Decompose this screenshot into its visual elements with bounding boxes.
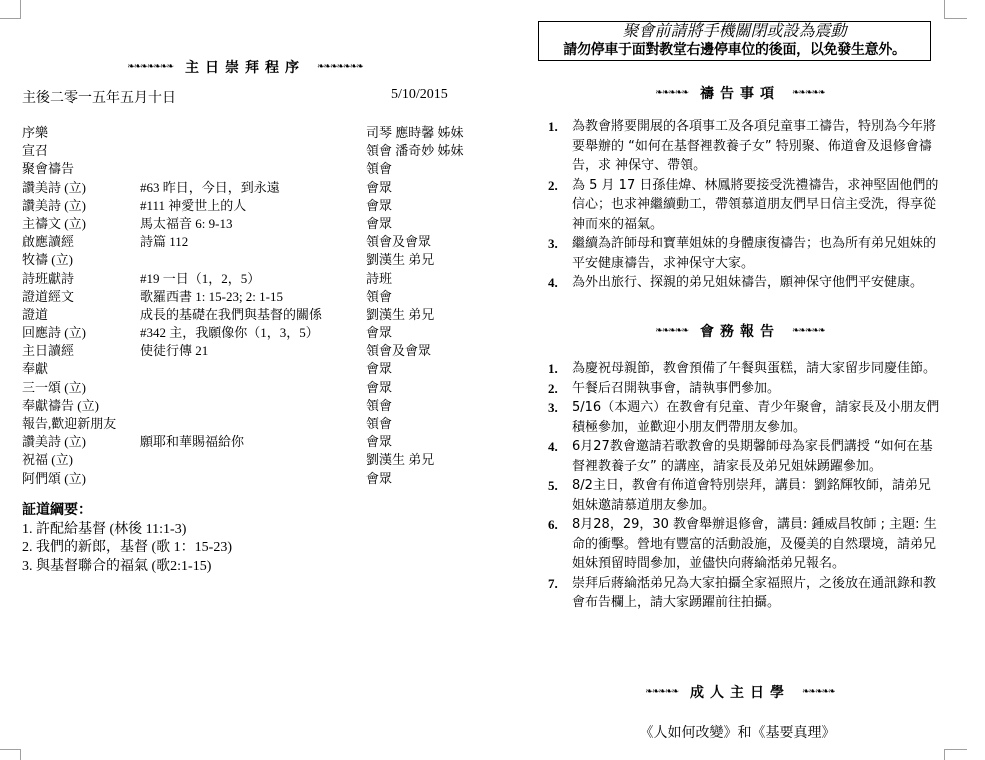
sermon-outline-point: 1. 許配給基督 (林後 11:1-3) bbox=[22, 521, 232, 540]
item-number: 1. bbox=[548, 359, 558, 379]
sunday-school-title: 成人主日學 bbox=[690, 682, 790, 702]
prayer-title: 禱告事項 bbox=[700, 83, 780, 103]
program-item: 詩班獻詩 bbox=[22, 270, 74, 288]
item-text: 崇拜后蔣綸湉弟兄為大家拍攝全家福照片，之後放在通訊錄和教會布告欄上，請大家踴躍前… bbox=[572, 576, 936, 611]
program-person: 會眾 bbox=[366, 324, 392, 342]
program-detail: 詩篇 112 bbox=[140, 233, 188, 251]
item-number: 4. bbox=[548, 273, 558, 293]
announcement-item: 3.5/16（本週六）在教會有兒童、青少年聚會，請家長及小朋友們積極參加，並歡迎… bbox=[548, 398, 943, 437]
item-text: 為教會將要開展的各項事工及各項兒童事工禱告，特別為今年將要舉辦的 “如何在基督裡… bbox=[572, 119, 936, 173]
phone-notice: 聚會前請將手機關閉或設為震動 bbox=[539, 22, 930, 41]
item-text: 繼續為許師母和寶華姐妹的身體康復禱告；也為所有弟兄姐妹的平安健康禱告，求神保守大… bbox=[572, 236, 936, 271]
program-row: 祝福 (立)劉漢生 弟兄 bbox=[22, 451, 482, 469]
program-table: 序樂司琴 應時馨 姊妹 宣召領會 潘奇妙 姊妹 聚會禱告領會 讚美詩 (立)#6… bbox=[22, 124, 482, 488]
announcement-item: 2.午餐后召開執事會，請執事們參加。 bbox=[548, 379, 943, 399]
item-number: 2. bbox=[548, 176, 558, 196]
program-item: 牧禱 (立) bbox=[22, 251, 73, 269]
item-number: 1. bbox=[548, 117, 558, 137]
program-item: 宣召 bbox=[22, 142, 48, 160]
ornament-left-icon: ❧❧❧❧❧❧❧ bbox=[127, 62, 173, 72]
program-person: 劉漢生 弟兄 bbox=[366, 451, 434, 469]
program-person: 司琴 應時馨 姊妹 bbox=[366, 124, 464, 142]
announcement-item: 6.8月28，29，30 教會舉辦退修會，講員: 鍾威昌牧師 ; 主題: 生命的… bbox=[548, 515, 943, 574]
parking-notice: 請勿停車于面對教堂右邊停車位的後面，以免發生意外。 bbox=[539, 41, 930, 59]
program-item: 回應詩 (立) bbox=[22, 324, 86, 342]
program-item: 讚美詩 (立) bbox=[22, 433, 86, 451]
program-person: 領會 bbox=[366, 160, 392, 178]
program-person: 劉漢生 弟兄 bbox=[366, 306, 434, 324]
program-person: 會眾 bbox=[366, 433, 392, 451]
program-person: 領會及會眾 bbox=[366, 233, 431, 251]
program-item: 讚美詩 (立) bbox=[22, 179, 86, 197]
item-number: 3. bbox=[548, 398, 558, 418]
program-item: 主日讀經 bbox=[22, 342, 74, 360]
program-item: 聚會禱告 bbox=[22, 160, 74, 178]
phone-parking-notice-box: 聚會前請將手機關閉或設為震動 請勿停車于面對教堂右邊停車位的後面，以免發生意外。 bbox=[538, 21, 931, 61]
item-text: 為 5 月 17 日孫佳煒、林鳳將要接受洗禮禱告，求神堅固他們的信心；也求神繼續… bbox=[572, 178, 938, 232]
item-text: 午餐后召開執事會，請執事們參加。 bbox=[572, 381, 780, 396]
program-person: 領會 bbox=[366, 415, 392, 433]
item-text: 6月27教會邀請若歌教會的吳期馨師母為家長們講授 “如何在基督裡教養子女” 的講… bbox=[572, 439, 933, 474]
program-item: 奉獻 bbox=[22, 360, 48, 378]
program-detail: 使徒行傳 21 bbox=[140, 342, 208, 360]
program-person: 領會及會眾 bbox=[366, 342, 431, 360]
prayer-item: 3.繼續為許師母和寶華姐妹的身體康復禱告；也為所有弟兄姐妹的平安健康禱告，求神保… bbox=[548, 234, 943, 273]
item-text: 8月28，29，30 教會舉辦退修會，講員: 鍾威昌牧師 ; 主題: 生命的衝擊… bbox=[572, 517, 937, 571]
program-row: 證道成長的基礎在我們與基督的關係劉漢生 弟兄 bbox=[22, 306, 482, 324]
program-person: 會眾 bbox=[366, 470, 392, 488]
program-person: 劉漢生 弟兄 bbox=[366, 251, 434, 269]
crop-mark-bottom-right bbox=[944, 749, 967, 760]
program-row: 啟應讀經詩篇 112領會及會眾 bbox=[22, 233, 482, 251]
program-item: 證道 bbox=[22, 306, 48, 324]
announcement-item: 7.崇拜后蔣綸湉弟兄為大家拍攝全家福照片，之後放在通訊錄和教會布告欄上，請大家踴… bbox=[548, 574, 943, 613]
item-text: 為外出旅行、探親的弟兄姐妹禱告，願神保守他們平安健康。 bbox=[572, 275, 923, 290]
program-item: 主禱文 (立) bbox=[22, 215, 86, 233]
program-detail: 成長的基礎在我們與基督的關係 bbox=[140, 306, 322, 324]
program-item: 證道經文 bbox=[22, 288, 74, 306]
sunday-school-books: 《人如何改變》和《基要真理》 bbox=[490, 722, 985, 742]
announcements-list: 1.為慶祝母親節，教會預備了午餐與蛋糕，請大家留步同慶佳節。 2.午餐后召開執事… bbox=[548, 359, 943, 613]
program-person: 會眾 bbox=[366, 379, 392, 397]
program-person: 會眾 bbox=[366, 179, 392, 197]
program-row: 主禱文 (立)馬太福音 6: 9-13會眾 bbox=[22, 215, 482, 233]
announcement-item: 4.6月27教會邀請若歌教會的吳期馨師母為家長們講授 “如何在基督裡教養子女” … bbox=[548, 437, 943, 476]
program-item: 三一頌 (立) bbox=[22, 379, 86, 397]
program-row: 證道經文歌羅西書 1: 15-23; 2: 1-15領會 bbox=[22, 288, 482, 306]
program-detail: #342 主，我願像你（1，3，5） bbox=[140, 324, 319, 342]
program-detail: #63 昨日，今日，到永遠 bbox=[140, 179, 280, 197]
program-row: 序樂司琴 應時馨 姊妹 bbox=[22, 124, 482, 142]
item-number: 5. bbox=[548, 476, 558, 496]
ornament-right-icon: ❧❧❧❧❧❧❧ bbox=[317, 62, 363, 72]
item-text: 5/16（本週六）在教會有兒童、青少年聚會，請家長及小朋友們積極參加，並歡迎小朋… bbox=[572, 400, 939, 435]
prayer-list: 1.為教會將要開展的各項事工及各項兒童事工禱告，特別為今年將要舉辦的 “如何在基… bbox=[548, 117, 943, 293]
item-number: 4. bbox=[548, 437, 558, 457]
program-detail: #19 一日（1，2，5） bbox=[140, 270, 260, 288]
program-person: 領會 bbox=[366, 288, 392, 306]
program-row: 讚美詩 (立)#63 昨日，今日，到永遠會眾 bbox=[22, 179, 482, 197]
ornament-right-icon: ❧❧❧❧❧ bbox=[802, 687, 835, 697]
prayer-item: 2.為 5 月 17 日孫佳煒、林鳳將要接受洗禮禱告，求神堅固他們的信心；也求神… bbox=[548, 176, 943, 235]
worship-title: 主日崇拜程序 bbox=[185, 57, 305, 77]
program-row: 聚會禱告領會 bbox=[22, 160, 482, 178]
program-row: 牧禱 (立)劉漢生 弟兄 bbox=[22, 251, 482, 269]
program-row: 奉獻禱告 (立)領會 bbox=[22, 397, 482, 415]
prayer-item: 4.為外出旅行、探親的弟兄姐妹禱告，願神保守他們平安健康。 bbox=[548, 273, 943, 293]
announcements-title: 會務報告 bbox=[700, 321, 780, 341]
sunday-school-heading: ❧❧❧❧❧ 成人主日學 ❧❧❧❧❧ bbox=[530, 683, 950, 701]
program-row: 主日讀經使徒行傳 21領會及會眾 bbox=[22, 342, 482, 360]
worship-program-page: ❧❧❧❧❧❧❧ 主日崇拜程序 ❧❧❧❧❧❧❧ 主後二零一五年五月十日 5/10/… bbox=[0, 0, 490, 760]
program-person: 會眾 bbox=[366, 215, 392, 233]
ornament-left-icon: ❧❧❧❧❧ bbox=[655, 88, 688, 98]
worship-title-heading: ❧❧❧❧❧❧❧ 主日崇拜程序 ❧❧❧❧❧❧❧ bbox=[0, 58, 490, 76]
program-person: 領會 潘奇妙 姊妹 bbox=[366, 142, 464, 160]
item-text: 8/2主日，教會有佈道會特別崇拜，講員：劉銘輝牧師，請弟兄姐妹邀請慕道朋友參加。 bbox=[572, 478, 931, 513]
announcements-heading: ❧❧❧❧❧ 會務報告 ❧❧❧❧❧ bbox=[530, 322, 950, 340]
crop-mark-top-right bbox=[944, 0, 967, 19]
program-row: 宣召領會 潘奇妙 姊妹 bbox=[22, 142, 482, 160]
program-item: 祝福 (立) bbox=[22, 451, 73, 469]
program-row: 奉獻會眾 bbox=[22, 360, 482, 378]
program-item: 啟應讀經 bbox=[22, 233, 74, 251]
program-item: 序樂 bbox=[22, 124, 48, 142]
program-row: 回應詩 (立)#342 主，我願像你（1，3，5）會眾 bbox=[22, 324, 482, 342]
date-numeric: 5/10/2015 bbox=[391, 87, 448, 103]
date-row: 主後二零一五年五月十日 5/10/2015 bbox=[22, 87, 452, 107]
program-person: 會眾 bbox=[366, 360, 392, 378]
program-detail: 歌羅西書 1: 15-23; 2: 1-15 bbox=[140, 288, 283, 306]
ornament-right-icon: ❧❧❧❧❧ bbox=[792, 88, 825, 98]
ornament-left-icon: ❧❧❧❧❧ bbox=[655, 326, 688, 336]
program-item: 奉獻禱告 (立) bbox=[22, 397, 99, 415]
prayer-item: 1.為教會將要開展的各項事工及各項兒童事工禱告，特別為今年將要舉辦的 “如何在基… bbox=[548, 117, 943, 176]
sermon-outline: 証道綱要： 1. 許配給基督 (林後 11:1-3) 2. 我們的新郎，基督 (… bbox=[22, 502, 232, 576]
date-chinese: 主後二零一五年五月十日 bbox=[22, 91, 176, 106]
prayer-heading: ❧❧❧❧❧ 禱告事項 ❧❧❧❧❧ bbox=[530, 84, 950, 102]
program-row: 三一頌 (立)會眾 bbox=[22, 379, 482, 397]
item-text: 為慶祝母親節，教會預備了午餐與蛋糕，請大家留步同慶佳節。 bbox=[572, 361, 936, 376]
program-person: 會眾 bbox=[366, 197, 392, 215]
program-item: 阿們頌 (立) bbox=[22, 470, 86, 488]
program-item: 讚美詩 (立) bbox=[22, 197, 86, 215]
announcement-item: 5.8/2主日，教會有佈道會特別崇拜，講員：劉銘輝牧師，請弟兄姐妹邀請慕道朋友參… bbox=[548, 476, 943, 515]
sermon-outline-heading: 証道綱要： bbox=[22, 502, 232, 521]
sermon-outline-point: 2. 我們的新郎，基督 (歌 1：15-23) bbox=[22, 539, 232, 558]
program-row: 阿們頌 (立)會眾 bbox=[22, 470, 482, 488]
item-number: 7. bbox=[548, 574, 558, 594]
program-detail: 願耶和華賜福給你 bbox=[140, 433, 244, 451]
program-row: 讚美詩 (立)#111 神愛世上的人會眾 bbox=[22, 197, 482, 215]
program-person: 領會 bbox=[366, 397, 392, 415]
program-item: 報告,歡迎新朋友 bbox=[22, 415, 116, 433]
program-person: 詩班 bbox=[366, 270, 392, 288]
item-number: 3. bbox=[548, 234, 558, 254]
program-row: 讚美詩 (立)願耶和華賜福給你會眾 bbox=[22, 433, 482, 451]
ornament-right-icon: ❧❧❧❧❧ bbox=[792, 326, 825, 336]
program-detail: #111 神愛世上的人 bbox=[140, 197, 246, 215]
item-number: 6. bbox=[548, 515, 558, 535]
program-detail: 馬太福音 6: 9-13 bbox=[140, 215, 232, 233]
sermon-outline-point: 3. 與基督聯合的福氣 (歌2:1-15) bbox=[22, 558, 232, 577]
program-row: 詩班獻詩#19 一日（1，2，5）詩班 bbox=[22, 270, 482, 288]
announcement-item: 1.為慶祝母親節，教會預備了午餐與蛋糕，請大家留步同慶佳節。 bbox=[548, 359, 943, 379]
program-row: 報告,歡迎新朋友領會 bbox=[22, 415, 482, 433]
item-number: 2. bbox=[548, 379, 558, 399]
ornament-left-icon: ❧❧❧❧❧ bbox=[645, 687, 678, 697]
